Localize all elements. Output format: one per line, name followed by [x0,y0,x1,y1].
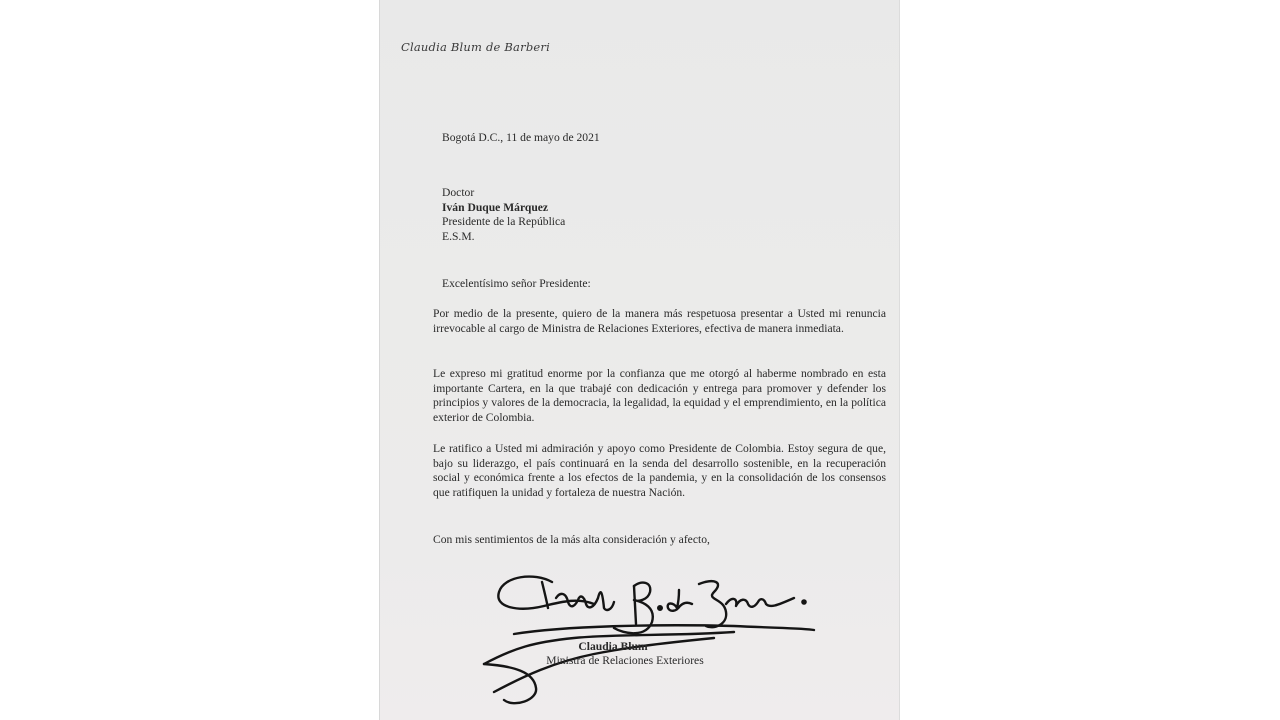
recipient-block: Doctor Iván Duque Márquez Presidente de … [442,186,889,244]
salutation: Excelentísimo señor Presidente: [442,277,889,292]
paragraph-support: Le ratifico a Usted mi admiración y apoy… [433,442,886,500]
signatory-name: Claudia Blum [553,640,673,653]
recipient-title: Doctor [442,186,889,201]
recipient-name: Iván Duque Márquez [442,201,889,216]
date-line: Bogotá D.C., 11 de mayo de 2021 [442,131,889,146]
recipient-honorific: E.S.M. [442,230,889,245]
letter-page: Claudia Blum de Barberi Bogotá D.C., 11 … [379,0,900,720]
paragraph-gratitude: Le expreso mi gratitud enorme por la con… [433,367,886,425]
handwritten-signature [474,568,834,708]
signatory-title: Ministra de Relaciones Exteriores [515,654,735,667]
paragraph-resignation: Por medio de la presente, quiero de la m… [433,307,886,336]
closing-line: Con mis sentimientos de la más alta cons… [433,533,880,548]
recipient-position: Presidente de la República [442,215,889,230]
letterhead: Claudia Blum de Barberi [401,40,550,54]
